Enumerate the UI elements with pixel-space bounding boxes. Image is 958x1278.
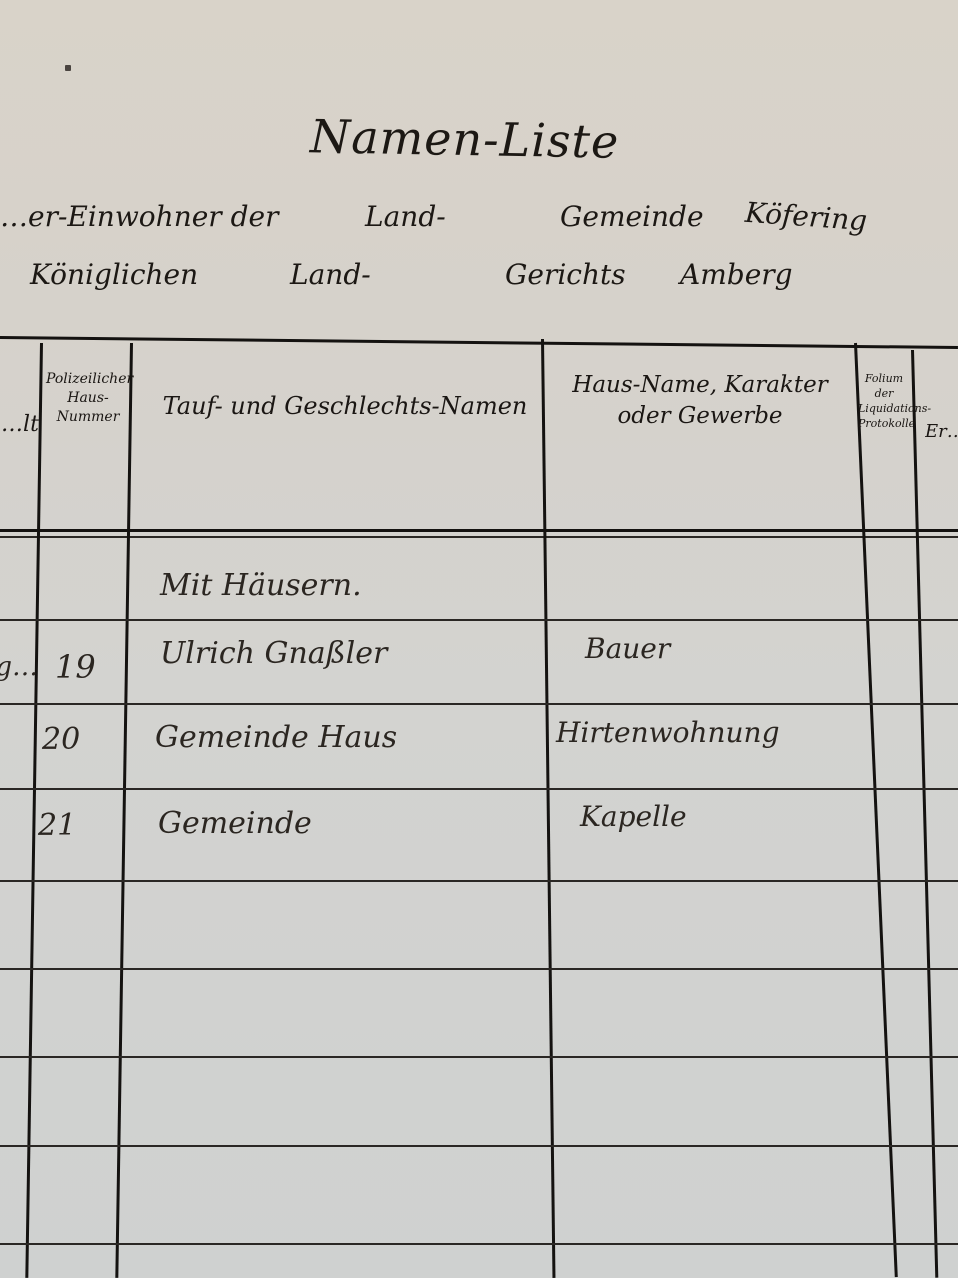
header-namen: Tauf- und Geschlechts-Namen xyxy=(160,390,530,422)
subtitle-land-2: Land- xyxy=(290,258,371,291)
row-1-gewerbe: Bauer xyxy=(585,632,670,665)
col-divider-3 xyxy=(541,339,555,1278)
table-top-rule xyxy=(0,336,958,349)
row-rule xyxy=(0,1145,958,1147)
row-rule xyxy=(0,619,958,621)
row-2-gewerbe: Hirtenwohnung xyxy=(556,716,780,749)
header-partial: …lt xyxy=(0,410,40,440)
row-rule xyxy=(0,703,958,705)
row-2-hausnummer: 20 xyxy=(42,722,80,757)
register-page: Namen-Liste …er-Einwohner der Land- Geme… xyxy=(0,0,958,1278)
header-hausnummer: Polizeilicher Haus-Nummer xyxy=(46,370,130,427)
subtitle-gericht-name: Amberg xyxy=(680,258,793,291)
row-rule xyxy=(0,1056,958,1058)
subtitle-gemeinde-name: Köfering xyxy=(744,196,868,237)
subtitle-prefix-1: …er-Einwohner der xyxy=(0,200,278,233)
row-2-namen: Gemeinde Haus xyxy=(155,720,397,755)
subtitle-gericht-word: Gerichts xyxy=(505,258,626,291)
subtitle-land-1: Land- xyxy=(365,200,446,233)
col-divider-5 xyxy=(911,350,938,1278)
subtitle-gemeinde-word: Gemeinde xyxy=(560,200,704,233)
row-rule xyxy=(0,968,958,970)
row-3-gewerbe: Kapelle xyxy=(580,800,687,833)
row-rule xyxy=(0,788,958,790)
col-divider-4 xyxy=(854,343,898,1277)
header-rule xyxy=(0,529,958,532)
row-3-hausnummer: 21 xyxy=(38,808,76,843)
ink-speck xyxy=(65,65,71,71)
col-divider-2 xyxy=(115,343,133,1278)
header-gewerbe: Haus-Name, Karakter oder Gewerbe xyxy=(560,370,840,432)
header-partial-right: Er… xyxy=(925,420,958,444)
subtitle-prefix-2: Königlichen xyxy=(30,258,198,291)
header-rule-thin xyxy=(0,536,958,538)
row-1-namen: Ulrich Gnaßler xyxy=(160,636,387,671)
row-0-namen: Mit Häusern. xyxy=(160,568,362,603)
row-1-partial: …ing xyxy=(0,652,38,682)
row-rule xyxy=(0,1243,958,1245)
row-1-hausnummer: 19 xyxy=(55,648,96,686)
row-3-namen: Gemeinde xyxy=(158,806,312,841)
row-rule xyxy=(0,880,958,882)
page-title: Namen-Liste xyxy=(310,109,620,168)
header-folium: Folium der Liquidations-Protokolle xyxy=(858,372,910,431)
